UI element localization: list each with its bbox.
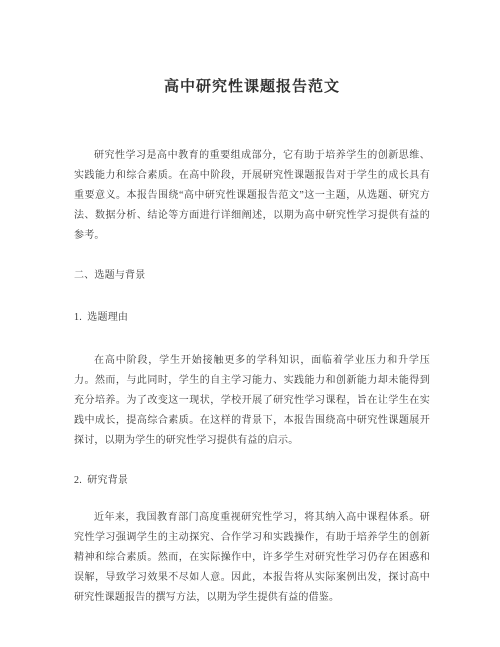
- subsection-1-heading: 1. 选题理由: [74, 308, 430, 328]
- document-title: 高中研究性课题报告范文: [74, 76, 430, 98]
- section-heading: 二、选题与背景: [74, 266, 430, 286]
- intro-paragraph: 研究性学习是高中教育的重要组成部分，它有助于培养学生的创新思维、实践能力和综合素…: [74, 146, 430, 246]
- document-page: 高中研究性课题报告范文 研究性学习是高中教育的重要组成部分，它有助于培养学生的创…: [0, 0, 500, 647]
- subsection-2-heading: 2. 研究背景: [74, 471, 430, 491]
- subsection-2-body: 近年来，我国教育部门高度重视研究性学习，将其纳入高中课程体系。研究性学习强调学生…: [74, 508, 430, 608]
- subsection-1-body: 在高中阶段，学生开始接触更多的学科知识，面临着学业压力和升学压力。然而，与此同时…: [74, 351, 430, 451]
